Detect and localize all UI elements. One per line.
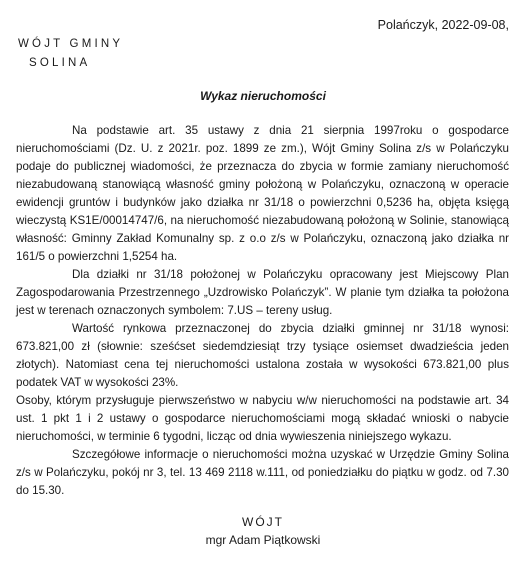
paragraph-market-value: Wartość rynkowa przeznaczonej do zbycia … [16,320,509,392]
signature-name: mgr Adam Piątkowski [0,533,526,547]
paragraph-legal-basis: Na podstawie art. 35 ustawy z dnia 21 si… [16,122,509,266]
document-body: Na podstawie art. 35 ustawy z dnia 21 si… [16,122,509,500]
signature-role: WÓJT [0,515,526,529]
office-name-line2: SOLINA [29,57,90,69]
paragraph-zoning-plan: Dla działki nr 31/18 położonej w Polańcz… [16,266,509,320]
paragraph-priority-rights: Osoby, którym przysługuje pierwszeństwo … [16,392,509,446]
place-date: Polańczyk, 2022-09-08, [378,18,509,32]
paragraph-contact-info: Szczegółowe informacje o nieruchomości m… [16,446,509,500]
office-name-line1: WÓJT GMINY [18,38,123,50]
document-title: Wykaz nieruchomości [0,89,526,103]
